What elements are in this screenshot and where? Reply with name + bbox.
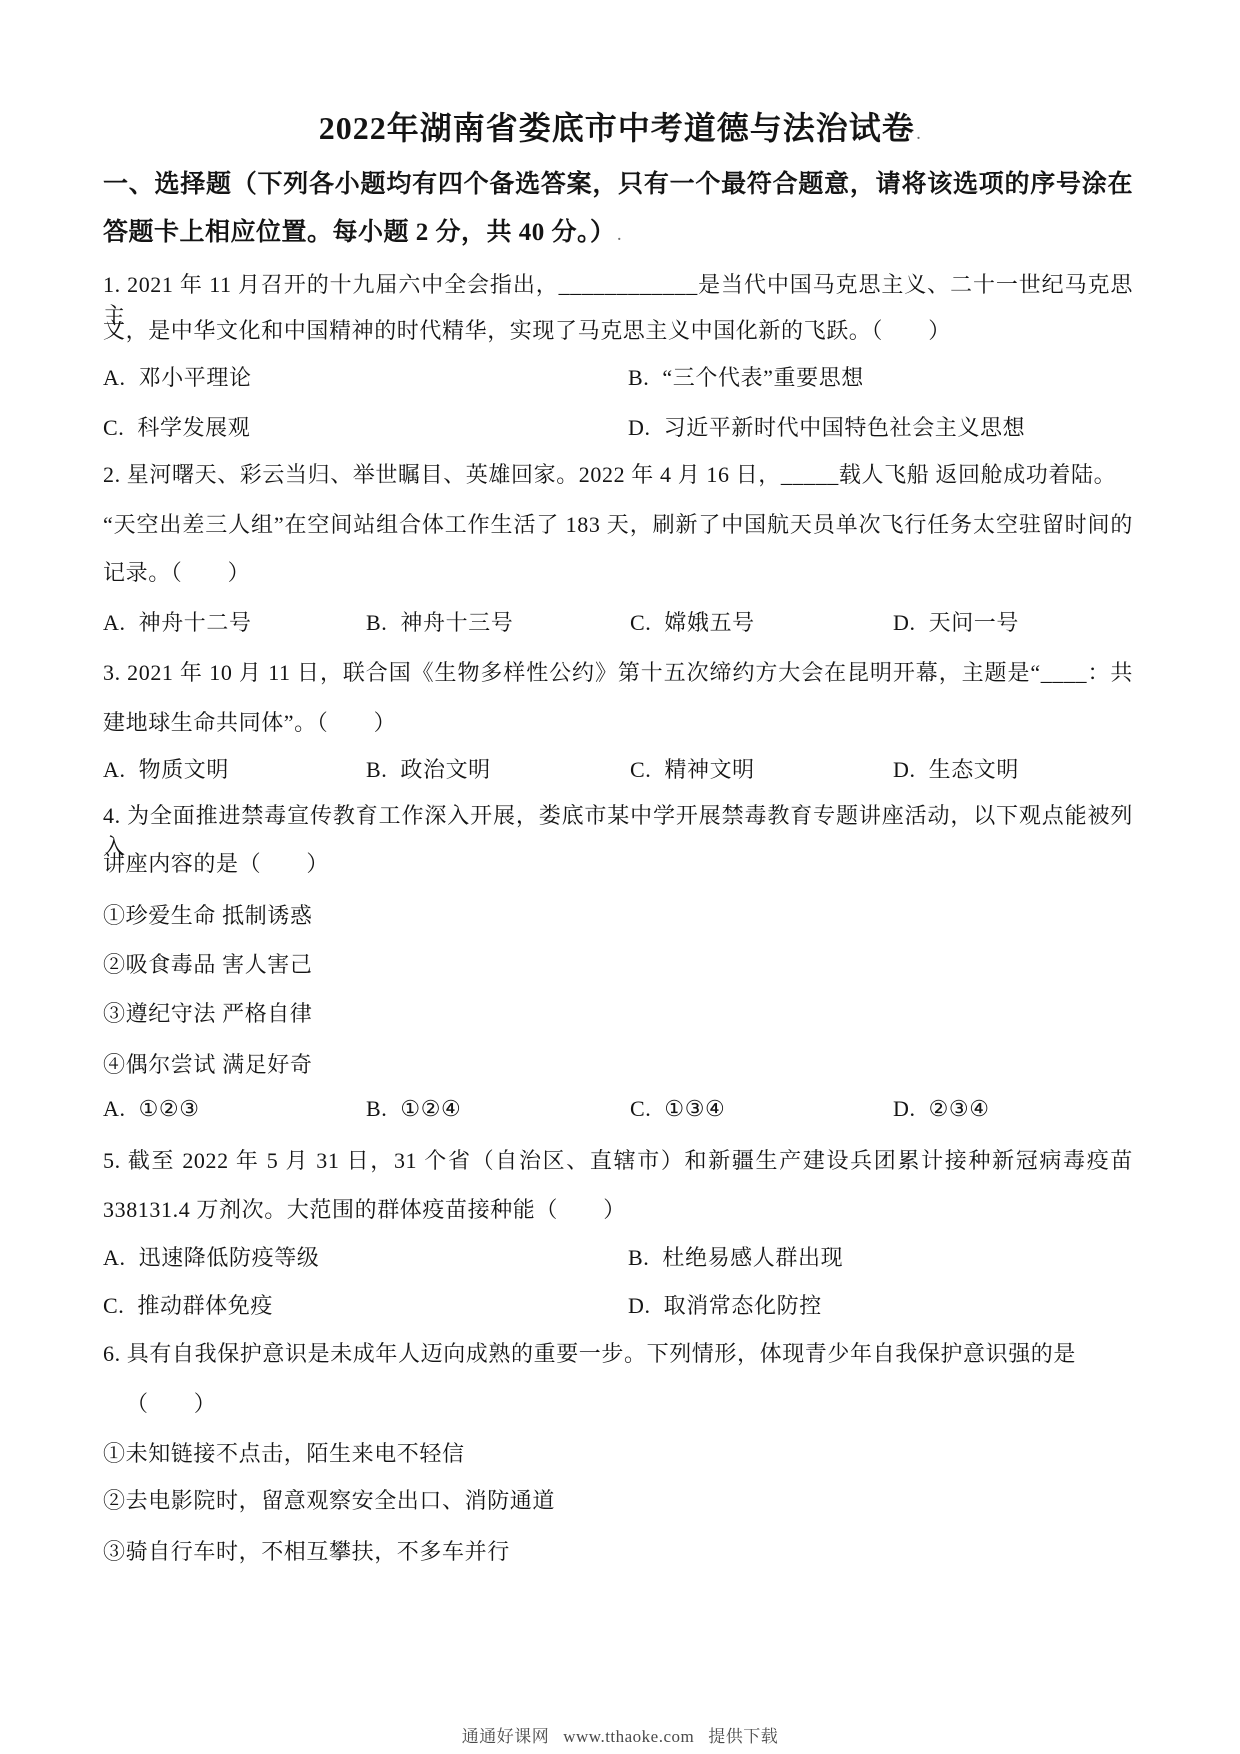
page-title-text: 2022年湖南省娄底市中考道德与法治试卷: [319, 110, 915, 146]
q3-option-b-text: 政治文明: [400, 757, 490, 782]
q4-option-b-text: ①②④: [400, 1096, 461, 1121]
q1-option-c: C.科学发展观: [103, 411, 250, 442]
q2-option-d: D.天问一号: [893, 606, 1019, 637]
q2-option-a-label: A.: [103, 610, 126, 636]
q3-options-row: A.物质文明 B.政治文明 C.精神文明 D.生态文明: [103, 753, 1133, 783]
section-header-trailing-dot: .: [618, 229, 622, 244]
q5-option-b-text: 杜绝易感人群出现: [662, 1245, 843, 1270]
q4-options-row: A.①②③ B.①②④ C.①③④ D.②③④: [103, 1096, 1133, 1126]
q2-option-c-label: C.: [630, 610, 651, 636]
footer-site-name: 通通好课网: [462, 1727, 550, 1746]
q3-option-b: B.政治文明: [366, 753, 491, 784]
q4-option-c-label: C.: [630, 1096, 651, 1122]
q6-line-2: （ ）: [126, 1387, 1156, 1418]
q1-option-d-label: D.: [628, 415, 651, 441]
q3-option-a: A.物质文明: [103, 753, 229, 784]
q5-option-d-label: D.: [628, 1293, 651, 1319]
q6-item-2: ②去电影院时，留意观察安全出口、消防通道: [103, 1484, 1133, 1515]
q3-option-d-label: D.: [893, 757, 916, 783]
q5-option-a-label: A.: [103, 1245, 126, 1271]
q5-option-b: B.杜绝易感人群出现: [628, 1241, 843, 1272]
q4-option-c: C.①③④: [630, 1096, 725, 1122]
section-header-line-2-text: 答题卡上相应位置。每小题 2 分，共 40 分。）: [103, 219, 616, 246]
q4-option-d: D.②③④: [893, 1096, 990, 1122]
q5-option-d-text: 取消常态化防控: [664, 1293, 822, 1318]
q2-option-a-text: 神舟十二号: [139, 610, 252, 635]
q1-line-2: 义，是中华文化和中国精神的时代精华，实现了马克思主义中国化新的飞跃。（ ）: [103, 314, 1133, 345]
q1-options-row-1: A.邓小平理论 B.“三个代表”重要思想: [103, 361, 1133, 391]
q3-option-a-text: 物质文明: [139, 757, 229, 782]
q3-option-d: D.生态文明: [893, 753, 1019, 784]
q1-option-c-text: 科学发展观: [137, 415, 250, 440]
exam-paper-page: 2022年湖南省娄底市中考道德与法治试卷. 一、选择题（下列各小题均有四个备选答…: [0, 0, 1240, 1754]
q3-line-1: 3. 2021 年 10 月 11 日，联合国《生物多样性公约》第十五次缔约方大…: [103, 656, 1133, 687]
q4-line-2: 讲座内容的是（ ）: [103, 847, 1133, 878]
q5-line-1: 5. 截至 2022 年 5 月 31 日，31 个省（自治区、直辖市）和新疆生…: [103, 1144, 1133, 1175]
q4-option-d-label: D.: [893, 1096, 916, 1122]
q6-line-1: 6. 具有自我保护意识是未成年人迈向成熟的重要一步。下列情形，体现青少年自我保护…: [103, 1337, 1133, 1368]
q2-option-a: A.神舟十二号: [103, 606, 252, 637]
q1-option-b-text: “三个代表”重要思想: [662, 365, 864, 390]
q1-option-b-label: B.: [628, 365, 649, 391]
q3-option-d-text: 生态文明: [929, 757, 1019, 782]
q4-item-2: ②吸食毒品 害人害己: [103, 948, 1133, 979]
q1-option-a-text: 邓小平理论: [139, 365, 252, 390]
q5-option-b-label: B.: [628, 1245, 649, 1271]
q4-option-a-text: ①②③: [139, 1096, 200, 1121]
q2-line-2: “天空出差三人组”在空间站组合体工作生活了 183 天，刷新了中国航天员单次飞行…: [103, 508, 1133, 539]
q2-option-d-label: D.: [893, 610, 916, 636]
q2-option-d-text: 天问一号: [929, 610, 1019, 635]
q4-option-c-text: ①③④: [664, 1096, 725, 1121]
q5-option-c: C.推动群体免疫: [103, 1289, 273, 1320]
q2-option-b-text: 神舟十三号: [400, 610, 513, 635]
page-footer: 通通好课网www.tthaoke.com提供下载: [0, 1722, 1240, 1747]
q1-option-d: D.习近平新时代中国特色社会主义思想: [628, 411, 1025, 442]
q4-item-1: ①珍爱生命 抵制诱惑: [103, 899, 1133, 930]
q2-line-3: 记录。（ ）: [103, 556, 1133, 587]
q3-option-c-text: 精神文明: [664, 757, 754, 782]
q5-options-row-2: C.推动群体免疫 D.取消常态化防控: [103, 1289, 1133, 1319]
q4-option-d-text: ②③④: [929, 1096, 990, 1121]
q3-option-b-label: B.: [366, 757, 387, 783]
q4-item-4: ④偶尔尝试 满足好奇: [103, 1048, 1133, 1079]
q3-line-2: 建地球生命共同体”。（ ）: [103, 706, 1133, 737]
q4-option-b-label: B.: [366, 1096, 387, 1122]
q5-option-c-text: 推动群体免疫: [137, 1293, 273, 1318]
q6-item-3: ③骑自行车时，不相互攀扶，不多车并行: [103, 1535, 1133, 1566]
footer-download-note: 提供下载: [708, 1727, 778, 1746]
q2-option-c-text: 嫦娥五号: [664, 610, 754, 635]
section-header-line-2: 答题卡上相应位置。每小题 2 分，共 40 分。）.: [103, 212, 1133, 248]
q2-line-1: 2. 星河曙天、彩云当归、举世瞩目、英雄回家。2022 年 4 月 16 日，_…: [103, 458, 1133, 489]
q5-option-a-text: 迅速降低防疫等级: [139, 1245, 320, 1270]
q4-option-b: B.①②④: [366, 1096, 461, 1122]
q1-options-row-2: C.科学发展观 D.习近平新时代中国特色社会主义思想: [103, 411, 1133, 441]
q1-option-b: B.“三个代表”重要思想: [628, 361, 864, 392]
q5-options-row-1: A.迅速降低防疫等级 B.杜绝易感人群出现: [103, 1241, 1133, 1271]
q3-option-c: C.精神文明: [630, 753, 755, 784]
q6-item-1: ①未知链接不点击，陌生来电不轻信: [103, 1437, 1133, 1468]
q1-option-a-label: A.: [103, 365, 126, 391]
q2-options-row: A.神舟十二号 B.神舟十三号 C.嫦娥五号 D.天问一号: [103, 606, 1133, 636]
section-header-line-1: 一、选择题（下列各小题均有四个备选答案，只有一个最符合题意，请将该选项的序号涂在: [103, 164, 1133, 200]
q4-option-a-label: A.: [103, 1096, 126, 1122]
q2-option-c: C.嫦娥五号: [630, 606, 755, 637]
q5-option-a: A.迅速降低防疫等级: [103, 1241, 319, 1272]
q3-option-a-label: A.: [103, 757, 126, 783]
q1-option-a: A.邓小平理论: [103, 361, 252, 392]
footer-site-url: www.tthaoke.com: [563, 1727, 694, 1746]
title-trailing-dot: .: [917, 128, 922, 143]
q2-option-b: B.神舟十三号: [366, 606, 513, 637]
q4-item-3: ③遵纪守法 严格自律: [103, 997, 1133, 1028]
q4-option-a: A.①②③: [103, 1096, 200, 1122]
q1-option-d-text: 习近平新时代中国特色社会主义思想: [664, 415, 1026, 440]
q3-option-c-label: C.: [630, 757, 651, 783]
q5-option-d: D.取消常态化防控: [628, 1289, 822, 1320]
q5-option-c-label: C.: [103, 1293, 124, 1319]
q1-option-c-label: C.: [103, 415, 124, 441]
page-title: 2022年湖南省娄底市中考道德与法治试卷.: [0, 103, 1240, 149]
q5-line-2: 338131.4 万剂次。大范围的群体疫苗接种能（ ）: [103, 1193, 1133, 1224]
q2-option-b-label: B.: [366, 610, 387, 636]
